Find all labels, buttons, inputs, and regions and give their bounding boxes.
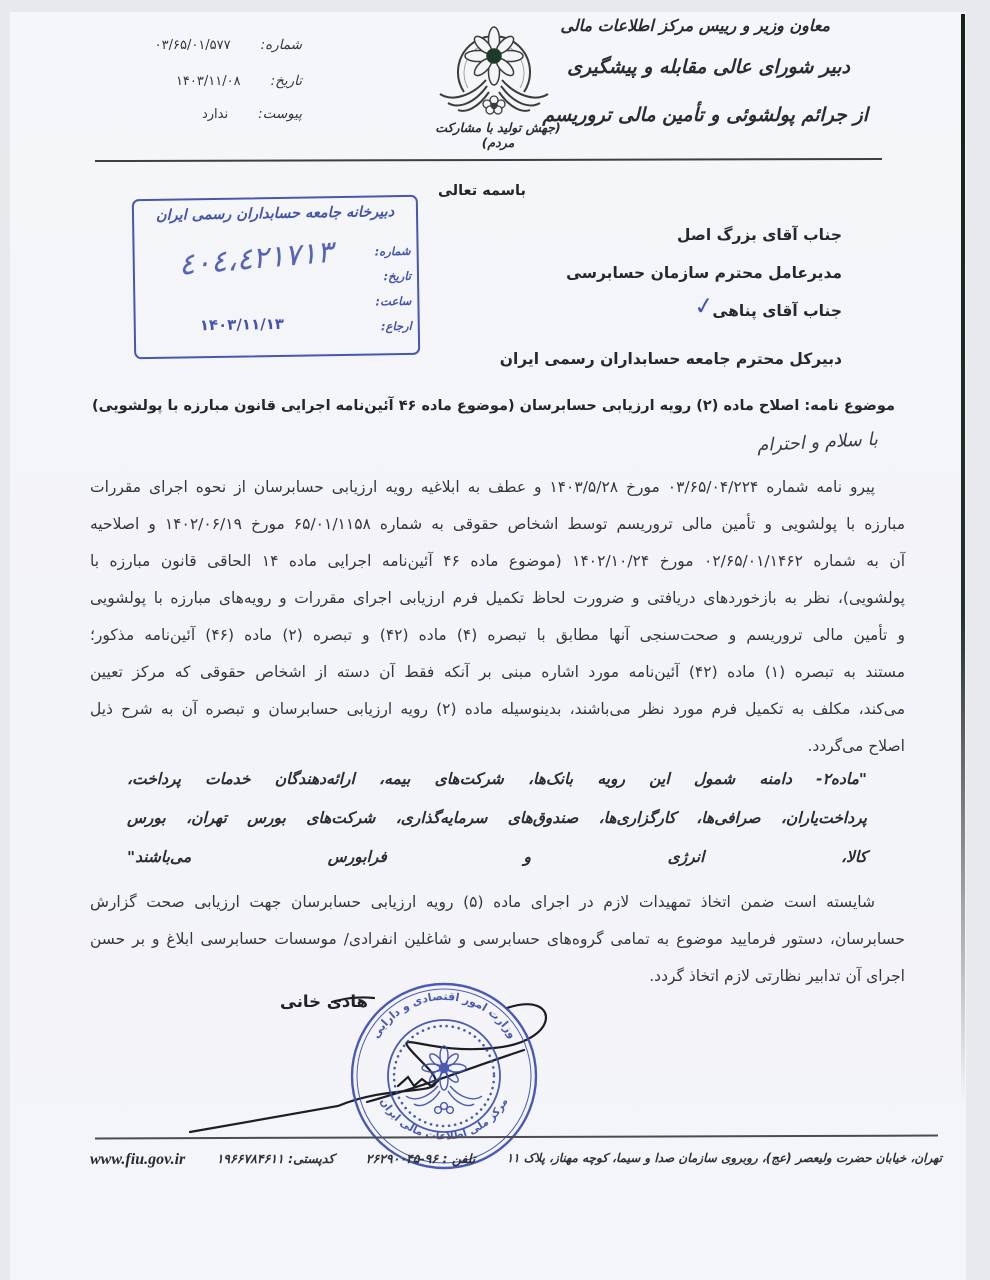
- recipient1-title: مدیرعامل محترم سازمان حسابرسی: [566, 264, 842, 282]
- letter-attachment-label: پیوست:: [258, 106, 302, 122]
- receipt-handwritten-number: ٤٠٤،٤٢١٧١٣: [142, 232, 370, 286]
- letterhead-title-line2: دبیر شورای عالی مقابله و پیشگیری: [567, 56, 850, 78]
- quote-line: پرداخت‌یاران، صرافی‌ها، کارگزاری‌ها، صند…: [127, 809, 867, 827]
- letter-meta-fields: شماره:۰۳/۶۵/۰۱/۵۷۷ تاریخ:۱۴۰۳/۱۱/۰۸ پیوس…: [72, 28, 302, 122]
- receipt-stamp-labels: شماره: تاریخ: ساعت: ارجاع:: [374, 239, 412, 340]
- letterhead-title-line1: معاون وزیر و رییس مرکز اطلاعات مالی: [560, 16, 830, 35]
- year-slogan: (جهش تولید با مشارکت مردم): [418, 120, 578, 150]
- footer-address: تهران، خیابان حضرت ولیعصر (عج)، روبروی س…: [507, 1151, 942, 1165]
- scan-edge-artifact: [961, 14, 965, 1104]
- letter-date-row: تاریخ:۱۴۰۳/۱۱/۰۸: [72, 70, 302, 89]
- body-line: می‌کند، مکلف به تکمیل فرم مورد نظر می‌با…: [90, 700, 905, 718]
- recipient1-name: جناب آقای بزرگ اصل: [677, 226, 842, 244]
- scanned-official-letter: معاون وزیر و رییس مرکز اطلاعات مالی دبیر…: [0, 0, 990, 1280]
- letterhead-title-line3: از جرائم پولشوئی و تأمین مالی تروریسم: [542, 104, 868, 126]
- invocation-text: باسمه تعالی: [438, 183, 526, 199]
- body-line: آن به شماره ۰۲/۶۵/۰۱/۱۴۶۲ مورخ ۱۴۰۲/۱۰/۲…: [90, 552, 905, 570]
- receipt-date-label: تاریخ:: [375, 264, 411, 290]
- recipient2-title: دبیرکل محترم جامعه حسابداران رسمی ایران: [500, 350, 842, 368]
- letter-attachment-row: پیوست:ندارد: [72, 103, 302, 122]
- receipt-ref-label: ارجاع:: [376, 314, 412, 340]
- receipt-number-label: شماره:: [374, 239, 410, 265]
- body-line: مبارزه با پولشویی و تأمین مالی تروریسم ت…: [90, 515, 905, 533]
- body-line: اصلاح می‌گردد.: [90, 737, 905, 755]
- footer-postal: کدپستی: ۱۹۶۶۷۸۴۶۱۱: [217, 1151, 335, 1166]
- footer-phone-value: ۹۶-۲۶۲۹۰۰۴۵: [366, 1151, 438, 1166]
- body-line: مستند به تبصره (۱) ماده (۴۲) آئین‌نامه م…: [90, 663, 905, 681]
- footer-postal-value: ۱۹۶۶۷۸۴۶۱۱: [217, 1151, 284, 1166]
- footer-phone: تلفن : ۹۶-۲۶۲۹۰۰۴۵: [366, 1151, 476, 1166]
- letter-number-label: شماره:: [261, 37, 302, 53]
- svg-text:وزارت امور اقتصادی و دارایی: وزارت امور اقتصادی و دارایی: [369, 990, 519, 1041]
- quote-line: "ماده۲- دامنه شمول این رویه بانک‌ها، شرک…: [127, 770, 867, 788]
- quote-line: کالا، انرژی و فرابورس می‌باشند": [127, 848, 867, 866]
- subject-line: موضوع نامه: اصلاح ماده (۲) رویه ارزیابی …: [92, 398, 895, 414]
- receipt-stamped-date: ۱۴۰۳/۱۱/۱۳: [200, 315, 284, 334]
- letter-number-row: شماره:۰۳/۶۵/۰۱/۵۷۷: [72, 34, 302, 53]
- letter-date-value: ۱۴۰۳/۱۱/۰۸: [176, 74, 241, 89]
- receipt-stamp: دبیرخانه جامعه حسابداران رسمی ایران شمار…: [132, 195, 420, 359]
- recipient2-name: جناب آقای پناهی: [712, 302, 842, 320]
- letter-number-value: ۰۳/۶۵/۰۱/۵۷۷: [155, 38, 231, 53]
- official-round-stamp: وزارت امور اقتصادی و دارایی مرکز ملی اطل…: [348, 980, 540, 1172]
- ministry-emblem-icon: [428, 10, 560, 120]
- body-line: پولشویی)، نظر به بازخوردهای دریافتی و ضر…: [90, 589, 905, 607]
- handwritten-checkmark-icon: ✓: [692, 291, 716, 322]
- receipt-time-label: ساعت:: [375, 289, 411, 315]
- body-line: پیرو نامه شماره ۰۳/۶۵/۰۴/۲۲۴ مورخ ۱۴۰۳/۵…: [90, 478, 905, 496]
- body-line: و تأمین مالی تروریسم و صحت‌سنجی آنها مطا…: [90, 626, 905, 644]
- body-line: شایسته است ضمن اتخاذ تمهیدات لازم در اجر…: [90, 893, 905, 911]
- footer-website: www.fiu.gov.ir: [90, 1151, 185, 1169]
- letter-date-label: تاریخ:: [271, 73, 302, 89]
- footer: تهران، خیابان حضرت ولیعصر (عج)، روبروی س…: [90, 1151, 942, 1169]
- receipt-stamp-title: دبیرخانه جامعه حسابداران رسمی ایران: [134, 204, 416, 224]
- letter-attachment-value: ندارد: [202, 107, 228, 122]
- round-stamp-top-text: وزارت امور اقتصادی و دارایی: [369, 990, 519, 1041]
- footer-phone-label: تلفن :: [442, 1151, 475, 1166]
- body-line: حسابرسان، دستور فرمایید موضوع به تمامی گ…: [90, 930, 905, 948]
- footer-postal-label: کدپستی:: [288, 1151, 334, 1166]
